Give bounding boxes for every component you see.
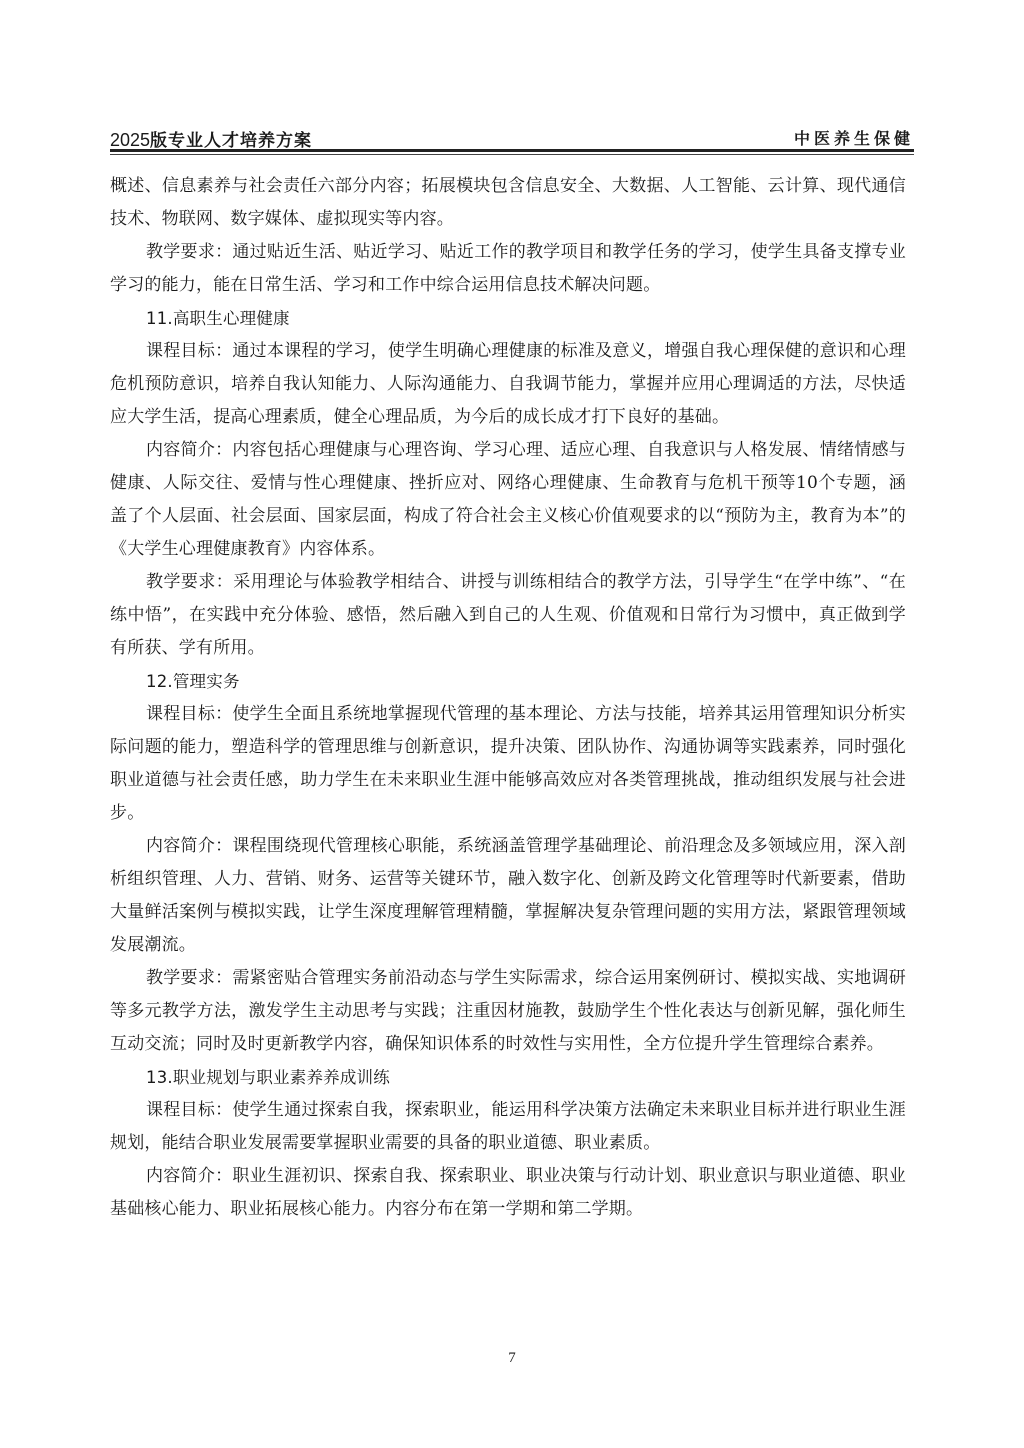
page-body: 概述、信息素养与社会责任六部分内容；拓展模块包含信息安全、大数据、人工智能、云计… [110,170,906,1226]
document-page: 2025版专业人才培养方案 中医养生保健 概述、信息素养与社会责任六部分内容；拓… [0,0,1024,1448]
header-major-name: 中医养生保健 [794,126,914,149]
header-title-text: 版专业人才培养方案 [150,131,312,151]
paragraph-teaching-requirements: 教学要求：需紧密贴合管理实务前沿动态与学生实际需求，综合运用案例研讨、模拟实战、… [110,962,906,1061]
header-year: 2025 [110,130,150,150]
paragraph-course-objective: 课程目标：通过本课程的学习，使学生明确心理健康的标准及意义，增强自我心理保健的意… [110,335,906,434]
paragraph-content-summary: 内容简介：内容包括心理健康与心理咨询、学习心理、适应心理、自我意识与人格发展、情… [110,434,906,566]
header-program-title: 2025版专业人才培养方案 [110,126,312,151]
paragraph-content-summary: 内容简介：课程围绕现代管理核心职能，系统涵盖管理学基础理论、前沿理念及多领域应用… [110,830,906,962]
section-heading-11: 11.高职生心理健康 [110,302,906,335]
page-header: 2025版专业人才培养方案 中医养生保健 [110,126,914,148]
paragraph-teaching-requirements: 教学要求：采用理论与体验教学相结合、讲授与训练相结合的教学方法，引导学生“在学中… [110,566,906,665]
paragraph-course-objective: 课程目标：使学生通过探索自我，探索职业，能运用科学决策方法确定未来职业目标并进行… [110,1094,906,1160]
header-rule-thick [110,149,914,152]
page-number: 7 [0,1350,1024,1367]
section-heading-13: 13.职业规划与职业素养养成训练 [110,1061,906,1094]
paragraph-course-objective: 课程目标：使学生全面且系统地掌握现代管理的基本理论、方法与技能，培养其运用管理知… [110,698,906,830]
section-heading-12: 12.管理实务 [110,665,906,698]
paragraph-content-summary: 内容简介：职业生涯初识、探索自我、探索职业、职业决策与行动计划、职业意识与职业道… [110,1160,906,1226]
paragraph-teaching-requirements: 教学要求：通过贴近生活、贴近学习、贴近工作的教学项目和教学任务的学习，使学生具备… [110,236,906,302]
header-rule-thin [110,154,914,155]
paragraph-continuation: 概述、信息素养与社会责任六部分内容；拓展模块包含信息安全、大数据、人工智能、云计… [110,170,906,236]
